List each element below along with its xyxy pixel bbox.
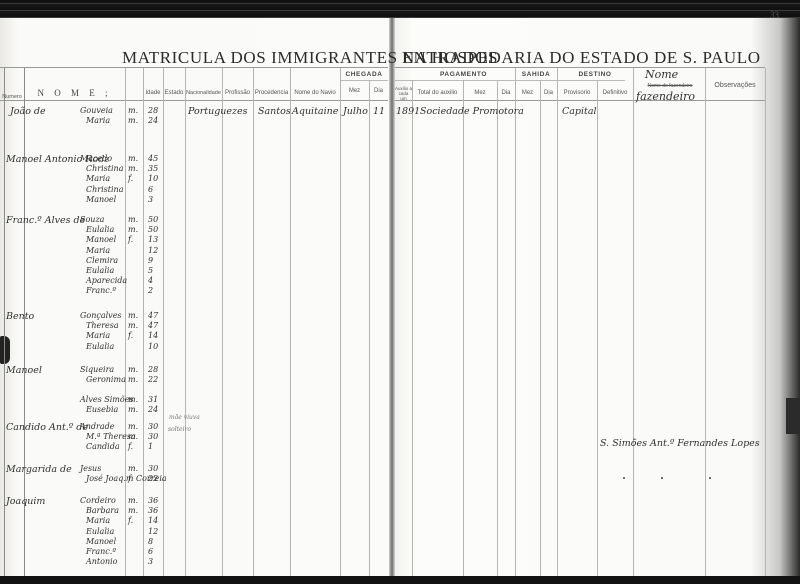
estado-note-2: solteiro [168,426,191,433]
handwritten-fazendeiro-correction: fazendeiro [636,90,695,103]
member-age: 12 [148,246,158,255]
member-name: Geronima [86,375,126,384]
member-name: Christina [86,185,123,194]
member-age: 36 [148,496,158,505]
member-age: 12 [148,527,158,536]
col-line [497,80,498,578]
left-page [0,18,393,578]
header-profissao: Profissão [222,90,253,96]
header-total-auxilio: Total do auxilio [412,90,463,96]
pagamento-value: Sociedade Promotora [420,106,524,117]
member-sex: m. [128,321,138,330]
member-sex: m. [128,225,138,234]
member-name: Manoel [86,537,116,546]
member-sex: f. [128,235,133,244]
member-age: 13 [148,235,158,244]
scan-border-bottom [0,576,800,584]
col-line [125,68,126,578]
chegada-mez-value: Julho [343,106,368,117]
book-gutter [389,18,395,578]
member-name: Eusebia [86,405,118,414]
header-nome: N O M E ; [24,88,125,98]
header-pagamento-mez: Mez [463,90,497,96]
header-sahida-mez: Mez [515,90,540,96]
col-line [185,68,186,578]
procedencia-value: Santos [258,106,291,117]
member-age: 6 [148,547,153,556]
member-sex: f. [128,442,133,451]
member-name: Eulalia [86,527,114,536]
member-age: 10 [148,342,158,351]
header-observacoes: Observações [705,82,765,89]
member-sex: m. [128,365,138,374]
member-name: Barbara [86,506,119,515]
header-bottom-rule-left [0,100,388,101]
member-age: 5 [148,266,153,275]
col-line [705,68,706,578]
member-age: 50 [148,215,158,224]
member-name: Gonçalves [80,311,122,320]
member-age: 24 [148,405,158,414]
member-age: 14 [148,516,158,525]
family-head-name: Candido Ant.º de [6,422,88,433]
member-sex: f. [128,174,133,183]
header-numero: Numero [0,94,24,100]
member-name: Maria [86,516,110,525]
member-name: Maria [86,246,110,255]
header-definitivo: Definitivo [597,90,633,96]
nacionalidade-value: Portuguezes [188,106,248,117]
member-age: 22 [148,375,158,384]
member-age: 35 [148,164,158,173]
navio-value: Aquitaine [292,106,338,117]
header-chegada-mez: Mez [340,88,369,94]
col-line [765,68,766,578]
col-line [557,68,558,578]
member-sex: f. [128,331,133,340]
family-head-name: Bento [6,311,34,322]
member-name: Maria [86,331,110,340]
member-age: 4 [148,276,153,285]
header-chegada: CHEGADA [340,71,388,78]
member-name: Candida [86,442,120,451]
member-name: Alves Simões [80,395,134,404]
member-name: Manoel [86,195,116,204]
header-idade: Idade [143,90,163,96]
member-sex: m. [128,375,138,384]
member-name: Jesus [80,464,101,473]
member-sex: m. [128,432,138,441]
member-name: Theresa [86,321,119,330]
member-name: Maria [86,116,110,125]
member-age: 8 [148,537,153,546]
ink-dot [661,477,663,479]
member-age: 47 [148,321,158,330]
member-sex: m. [128,164,138,173]
header-pagamento: PAGAMENTO [412,71,515,78]
member-age: 50 [148,225,158,234]
member-name: Clemira [86,256,118,265]
family-head-name: Franc.º Alves de [6,215,85,226]
header-chegada-dia: Dia [369,88,388,94]
header-destino: DESTINO [557,71,633,78]
pagamento-sub-rule [395,80,625,81]
col-line [290,68,291,578]
member-name: Franc.º [86,547,116,556]
ink-dot [709,477,711,479]
header-estado: Estado [163,90,185,96]
member-sex: m. [128,422,138,431]
member-name: Macedo [80,154,112,163]
member-age: 10 [148,174,158,183]
member-name: Eulalia [86,266,114,275]
header-procedencia: Procedencia [253,90,290,96]
member-name: Siqueira [80,365,114,374]
chegada-dia-value: 11 [373,106,385,117]
header-top-rule-right [395,67,765,68]
member-name: Manoel [86,235,116,244]
family-head-name: João de [10,106,46,117]
header-nacionalidade: Nacionalidade [185,90,222,96]
ledger-spread: 33 MATRICULA DOS IMMIGRANTES ENTRADOS NA… [0,18,800,578]
estado-note-1: mãe viuva [169,414,200,421]
member-name: Souza [80,215,104,224]
member-name: Cordeiro [80,496,116,505]
member-age: 30 [148,422,158,431]
year-value: 1891 [396,106,420,117]
col-line [253,68,254,578]
member-sex: f. [128,474,133,483]
chegada-sub-rule [340,80,388,81]
member-sex: m. [128,311,138,320]
col-line [222,68,223,578]
member-age: 30 [148,464,158,473]
member-sex: f. [128,516,133,525]
member-sex: m. [128,405,138,414]
member-name: Eulalia [86,342,114,351]
member-age: 3 [148,557,153,566]
col-line [633,68,634,578]
col-line [515,68,516,578]
ink-dot [623,477,625,479]
fazendeiro-entry-1: S. Simões [600,438,647,449]
col-line [540,80,541,578]
member-age: 6 [148,185,153,194]
header-top-rule-left [0,67,388,68]
col-line [412,80,413,578]
member-age: 36 [148,506,158,515]
header-pagamento-dia: Dia [497,90,515,96]
fazendeiro-entry-2: Ant.º Fernandes Lopes [650,438,760,449]
ink-blot [0,336,10,364]
member-age: 2 [148,286,153,295]
header-auxilio-cada: Auxilio a cada um [395,86,412,101]
destino-provisorio-value: Capital [562,106,597,117]
family-head-name: Margarida de [6,464,72,475]
member-sex: m. [128,215,138,224]
family-head-name: Manoel [6,365,42,376]
col-line [143,68,144,578]
col-line [4,68,5,578]
member-age: 3 [148,195,153,204]
member-name: Antonio [86,557,118,566]
col-line [597,80,598,578]
member-sex: m. [128,106,138,115]
member-name: Maria [86,174,110,183]
member-name: Eulalia [86,225,114,234]
header-sahida: SAHIDA [515,71,557,78]
member-name: Christina [86,164,123,173]
member-age: 28 [148,365,158,374]
col-line [340,68,341,578]
member-age: 28 [148,106,158,115]
col-line [369,80,370,578]
member-name: Andrade [80,422,115,431]
member-name: Franc.º [86,286,116,295]
page-number: 33 [770,10,779,20]
handwritten-nome-correction: Nome [645,68,678,81]
header-nome-navio: Nome do Navio [290,90,340,96]
member-age: 47 [148,311,158,320]
page-edge-shadow [786,398,800,434]
member-name: Gouveia [80,106,113,115]
family-head-name: Joaquim [6,496,45,507]
member-age: 1 [148,442,153,451]
member-sex: m. [128,464,138,473]
member-sex: m. [128,506,138,515]
member-age: 30 [148,432,158,441]
header-provisorio: Provisorio [557,90,597,96]
member-age: 24 [148,116,158,125]
col-line [463,80,464,578]
member-sex: m. [128,395,138,404]
col-line [163,68,164,578]
member-age: 22 [148,474,158,483]
member-sex: m. [128,116,138,125]
member-age: 9 [148,256,153,265]
member-sex: m. [128,496,138,505]
header-nome-fazendeiro-struck: Nome do fazendeiro [645,83,695,89]
member-age: 14 [148,331,158,340]
member-name: Aparecida [86,276,127,285]
header-bottom-rule-right [395,100,765,101]
member-age: 45 [148,154,158,163]
member-age: 31 [148,395,158,404]
page-title-right: NA HOSPEDARIA DO ESTADO DE S. PAULO [402,48,761,68]
member-sex: m. [128,154,138,163]
header-sahida-dia: Dia [540,90,557,96]
